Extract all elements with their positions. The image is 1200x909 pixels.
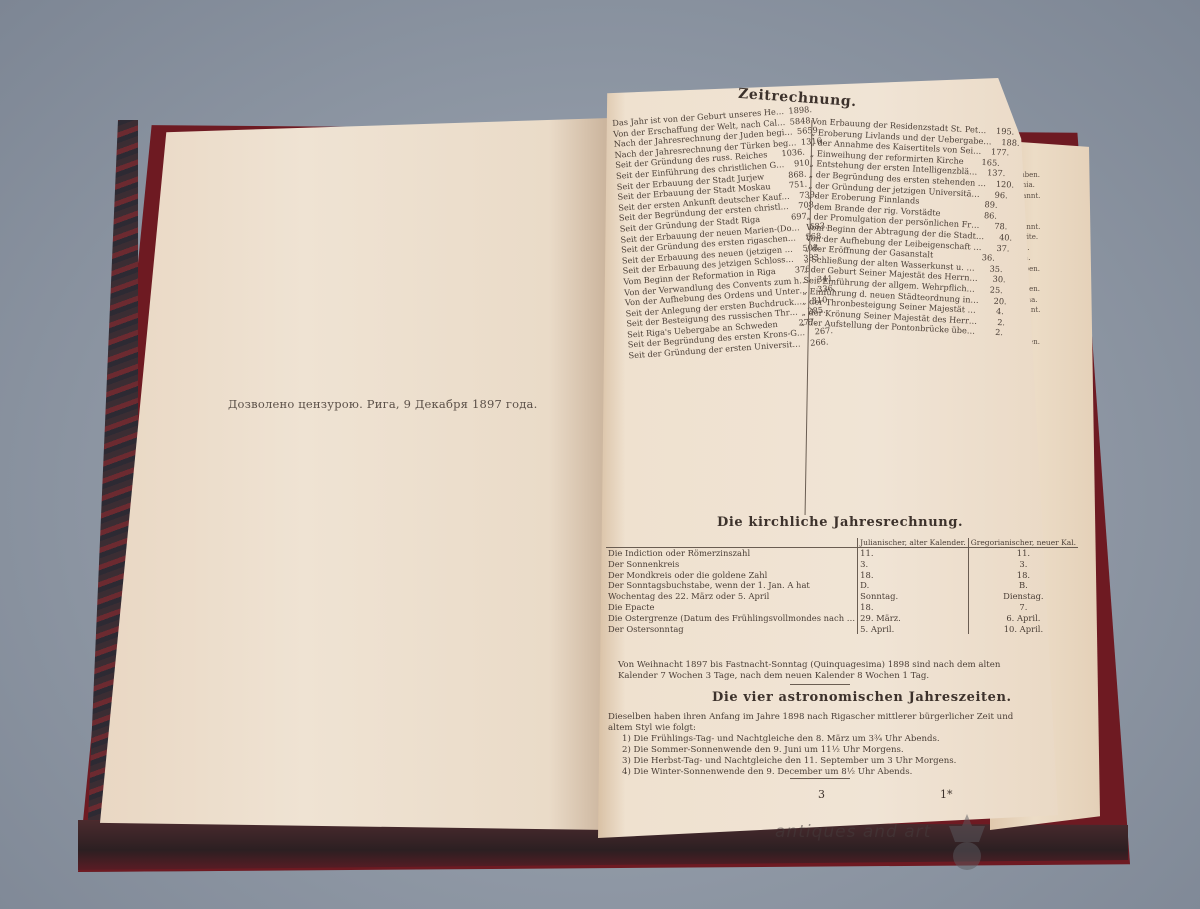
season-item: 4) Die Winter-Sonnenwende den 9. Decembe… <box>622 767 1032 778</box>
chronology-left-column: Das Jahr ist von der Geburt unseres He…1… <box>612 105 819 361</box>
left-page <box>100 118 610 830</box>
seasons-title: Die vier astronomischen Jahreszeiten. <box>712 690 1012 705</box>
seasons-intro: Dieselben haben ihren Anfang im Jahre 18… <box>608 712 1038 734</box>
table-row: Der Mondkreis oder die goldene Zahl18.18… <box>606 570 1078 581</box>
header-cell <box>606 538 858 548</box>
row-label: Der Sonntagsbuchstabe, wenn der 1. Jan. … <box>606 580 858 591</box>
season-item: 2) Die Sommer-Sonnenwende den 9. Juni um… <box>622 745 1032 756</box>
gregorian-value: 3. <box>968 559 1078 570</box>
julian-value: 5. April. <box>858 624 969 635</box>
julian-value: 11. <box>858 548 969 559</box>
row-label: Der Mondkreis oder die goldene Zahl <box>606 570 858 581</box>
header-gregorian: Gregorianischer, neuer Kal. <box>968 538 1078 548</box>
row-label: Der Sonnenkreis <box>606 559 858 570</box>
church-reckoning-note: Von Weihnacht 1897 bis Fastnacht-Sonntag… <box>618 660 1033 682</box>
church-reckoning-title: Die kirchliche Jahresrechnung. <box>717 515 963 530</box>
table-row: Der Sonnenkreis3.3. <box>606 559 1078 570</box>
table-row: Die Indiction oder Römerzinszahl11.11. <box>606 548 1078 559</box>
watermark-text: antiques and art <box>775 822 931 842</box>
row-label: Die Ostergrenze (Datum des Frühlingsvoll… <box>606 613 858 624</box>
seasons-list: 1) Die Frühlings-Tag- und Nachtgleiche d… <box>622 734 1032 778</box>
gregorian-value: Dienstag. <box>968 591 1078 602</box>
entry-year: 266. <box>800 337 829 350</box>
season-item: 1) Die Frühlings-Tag- und Nachtgleiche d… <box>622 734 1032 745</box>
gregorian-value: 11. <box>968 548 1078 559</box>
gregorian-value: B. <box>968 580 1078 591</box>
church-reckoning-table: Julianischer, alter Kalender. Gregoriani… <box>606 538 1006 634</box>
page-number: 3 <box>818 788 825 801</box>
julian-value: 18. <box>858 602 969 613</box>
censorship-note: Дозволено цензурою. Рига, 9 Декабря 1897… <box>228 397 537 411</box>
julian-value: Sonntag. <box>858 591 969 602</box>
row-label: Wochentag des 22. März oder 5. April <box>606 591 858 602</box>
section-rule <box>790 778 850 779</box>
table-row: Wochentag des 22. März oder 5. AprilSonn… <box>606 591 1078 602</box>
table-header-row: Julianischer, alter Kalender. Gregoriani… <box>606 538 1078 548</box>
gregorian-value: 6. April. <box>968 613 1078 624</box>
season-item: 3) Die Herbst-Tag- und Nachtgleiche den … <box>622 756 1032 767</box>
julian-value: D. <box>858 580 969 591</box>
table-row: Die Ostergrenze (Datum des Frühlingsvoll… <box>606 613 1078 624</box>
row-label: Die Epacte <box>606 602 858 613</box>
chronology-right-column: Von Erbauung der Residenzstadt St. Pet…1… <box>801 116 1002 338</box>
signature-mark: 1* <box>940 788 953 801</box>
section-rule <box>790 684 850 685</box>
table-row: Der Sonntagsbuchstabe, wenn der 1. Jan. … <box>606 580 1078 591</box>
row-label: Die Indiction oder Römerzinszahl <box>606 548 858 559</box>
gregorian-value: 18. <box>968 570 1078 581</box>
crown-logo-icon <box>945 812 989 872</box>
gregorian-value: 10. April. <box>968 624 1078 635</box>
table-row: Der Ostersonntag5. April.10. April. <box>606 624 1078 635</box>
header-julian: Julianischer, alter Kalender. <box>858 538 969 548</box>
table-row: Die Epacte18.7. <box>606 602 1078 613</box>
entry-year: 2. <box>975 326 1004 338</box>
julian-value: 29. März. <box>858 613 969 624</box>
julian-value: 3. <box>858 559 969 570</box>
row-label: Der Ostersonntag <box>606 624 858 635</box>
julian-value: 18. <box>858 570 969 581</box>
gregorian-value: 7. <box>968 602 1078 613</box>
